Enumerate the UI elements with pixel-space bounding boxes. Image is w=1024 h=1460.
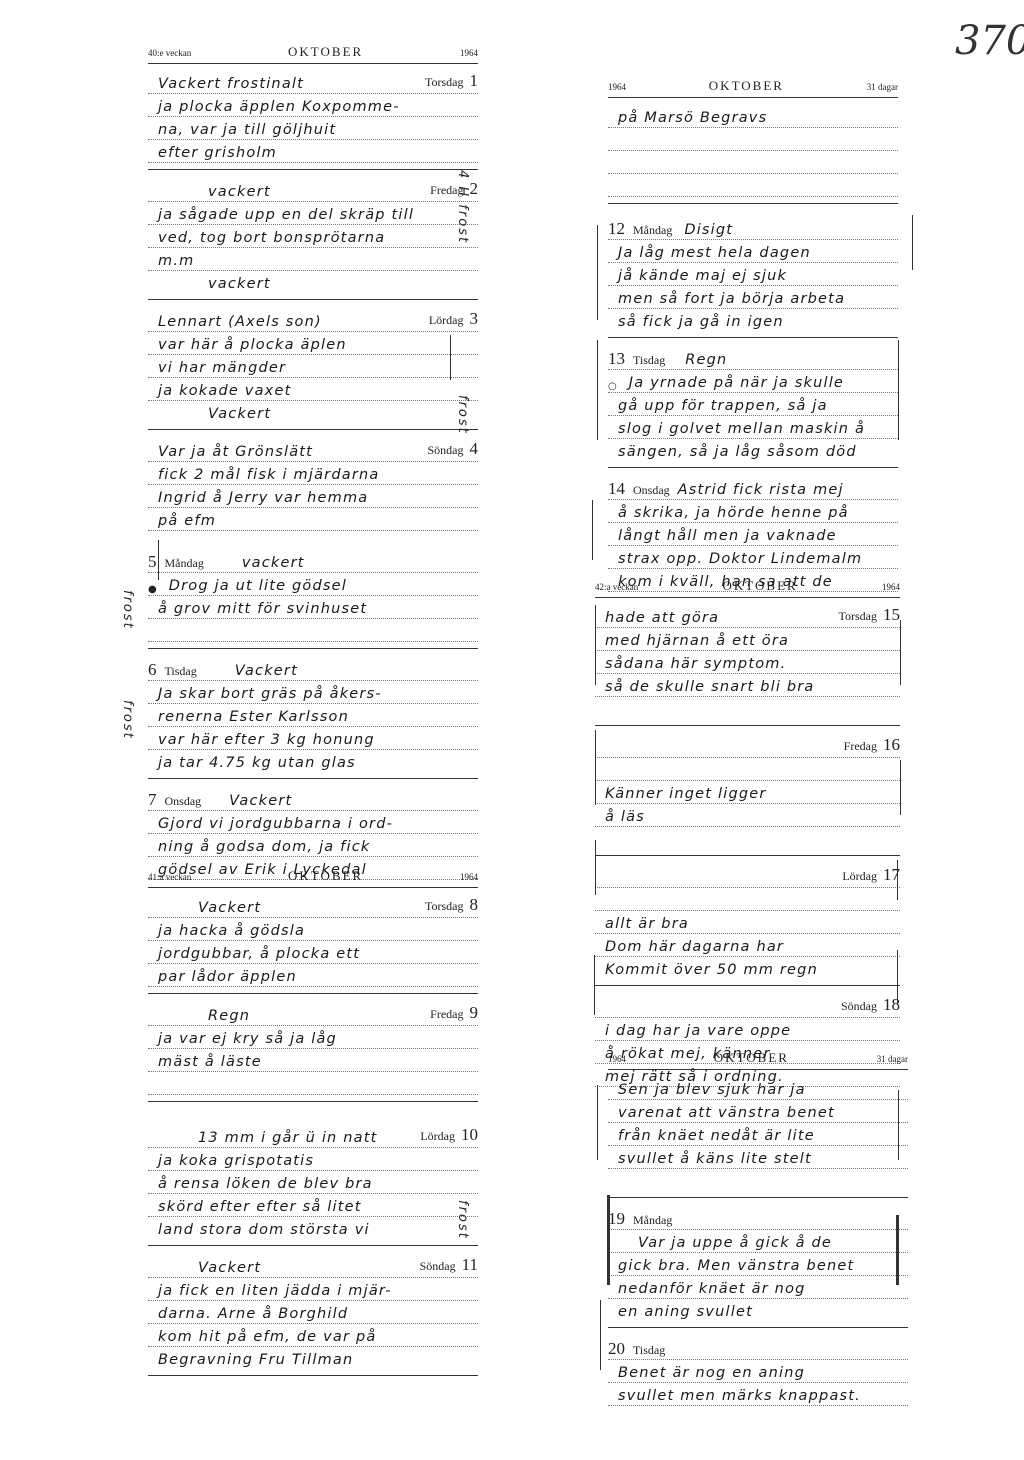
entry-line: ning å godsa dom, ja fick [148,839,371,856]
margin-note-frost: frost [455,395,470,435]
continued-entry: Sen ja blev sjuk har ja varenat att väns… [608,1074,908,1198]
entry-line: Dom här dagarna har [595,939,784,956]
entry-line: Benet är nog en aning [608,1365,805,1382]
entry-line: 13 mm i går ü in natt [148,1130,378,1147]
entry-line: svullet å käns lite stelt [608,1151,812,1168]
entry-line: Var ja uppe å gick å de [608,1235,832,1252]
entry-line: nedanför knäet är nog [608,1281,806,1298]
day-entry-tue-6: 6TisdagVackert Ja skar bort gräs på åker… [148,655,478,779]
entry-line: Astrid fick rista mej [678,482,844,499]
entry-line: Ja yrnade på när ja skulle [619,375,844,392]
margin-bracket [450,335,451,380]
entry-line: land stora dom största vi [148,1222,370,1239]
left-week41: 41:a veckan OKTOBER 1964 Vackert Torsdag… [148,868,478,1382]
entry-line [608,172,618,173]
entry-line: var här efter 3 kg honung [148,732,375,749]
week-label: 42:a veckan [595,582,638,592]
entry-line: Lennart (Axels son) [148,314,322,331]
entry-line: på Marsö Begravs [608,110,767,127]
day-entry-sat-3: Lennart (Axels son) Lördag3 var här å pl… [148,306,478,430]
right-week42: 42:a veckan OKTOBER 1964 hade att göra T… [595,578,900,1099]
day-label: 7Onsdag [148,790,201,810]
week-label: 40:e veckan [148,48,191,58]
weather-note: Disigt [680,222,733,239]
entry-line: Vackert frostinalt [148,76,304,93]
entry-line: Sen ja blev sjuk har ja [608,1082,806,1099]
year-label: 1964 [460,48,478,58]
day-entry-mon-5: 5Måndagvackert ●Drog ja ut lite gödsel å… [148,547,478,649]
entry-line: ja koka grispotatis [148,1153,314,1170]
entry-line: så fick ja gå in igen [608,314,784,331]
margin-bracket [595,840,596,895]
day-label: 6Tisdag [148,660,197,680]
year-label: 1964 [608,1054,626,1064]
day-label: Torsdag1 [421,71,478,91]
day-entry-tue-20: 20Tisdag Benet är nog en aning svullet m… [608,1334,908,1412]
entry-line: Ja låg mest hela dagen [608,245,811,262]
weather-note: vackert [148,276,271,293]
week-header: 40:e veckan OKTOBER 1964 [148,44,478,64]
entry-line: från knäet nedåt är lite [608,1128,815,1145]
entry-line: Känner inget ligger [595,786,767,803]
entry-line: efter grisholm [148,145,277,162]
entry-line [608,149,618,150]
weather-note: Vackert [148,900,261,917]
entry-line: ved, tog bort bonsprötarna [148,230,385,247]
weather-note: vackert [212,555,305,572]
margin-bracket [594,955,595,1015]
margin-bracket [607,1195,610,1285]
margin-note-frost: 4 H frost [455,170,470,244]
margin-bracket [592,500,593,560]
entry-line: kom hit på efm, de var på [148,1329,376,1346]
entry-line: var här å plocka äplen [148,337,347,354]
entry-line: sådana här symptom. [595,656,786,673]
day-label: Söndag11 [416,1255,478,1275]
day-entry-thu-1: Vackert frostinalt Torsdag1 ja plocka äp… [148,68,478,170]
day-label: 19Måndag [608,1209,672,1229]
page-number: 370. [955,18,1024,64]
day-entry-tue-13: 13TisdagRegn ○Ja yrnade på när ja skulle… [608,344,898,468]
day-label: Fredag2 [426,179,478,199]
margin-bracket [600,1300,601,1370]
entry-line: med hjärnan å ett öra [595,633,789,650]
entry-line: Ingrid å Jerry var hemma [148,490,368,507]
entry-line: ja sågade upp en del skräp till [148,207,414,224]
entry-line: jå kände maj ej sjuk [608,268,787,285]
margin-note-frost: frost [455,1200,470,1240]
entry-line: å rensa löken de blev bra [148,1176,373,1193]
week-header: 41:a veckan OKTOBER 1964 [148,868,478,888]
margin-bracket [597,340,598,440]
week-header: 1964 OKTOBER 31 dagar [608,78,898,98]
entry-line: en aning svullet [608,1304,753,1321]
margin-bracket [158,540,159,580]
week-label: 41:a veckan [148,872,191,882]
day-entry-fri-9: Regn Fredag9 ja var ej kry så ja låg mäs… [148,1000,478,1102]
day-label: Fredag16 [840,735,900,755]
margin-bracket [597,225,598,320]
month-label: OKTOBER [723,578,798,594]
entry-line: sängen, så ja låg såsom död [608,444,857,461]
weather-note: Vackert [205,663,298,680]
day-label: Söndag4 [424,439,479,459]
day-label: Lördag10 [416,1125,478,1145]
entry-line: renerna Ester Karlsson [148,709,349,726]
days-count: 31 dagar [867,82,898,92]
week-header: 1964 OKTOBER 31 dagar [608,1050,908,1070]
margin-bracket [898,1090,899,1160]
entry-line: m.m [148,253,194,270]
entry-line: ja tar 4.75 kg utan glas [148,755,356,772]
entry-line: på efm [148,513,216,530]
entry-line: ja plocka äpplen Koxpomme- [148,99,400,116]
right-week43: 1964 OKTOBER 31 dagar Sen ja blev sjuk h… [608,1050,908,1418]
day-entry-mon-19: 19Måndag Var ja uppe å gick å de gick br… [608,1204,908,1328]
month-label: OKTOBER [714,1050,789,1066]
margin-bracket [896,1215,899,1285]
day-label: Fredag9 [426,1003,478,1023]
day-label: 14Onsdag [608,479,670,499]
entry-line: skörd efter efter så litet [148,1199,362,1216]
day-label: Söndag18 [837,995,900,1015]
entry-line: Ja skar bort gräs på åkers- [148,686,382,703]
weather-note: Vackert [148,406,271,423]
entry-line: men så fort ja börja arbeta [608,291,845,308]
entry-line: i dag har ja vare oppe [595,1023,791,1040]
entry-line: gå upp för trappen, så ja [608,398,828,415]
entry-line: varenat att vänstra benet [608,1105,835,1122]
margin-note-frost: frost [120,700,135,740]
entry-line [595,756,605,757]
entry-line: Var ja åt Grönslätt [148,444,313,461]
entry-line: långt håll men ja vaknade [608,528,837,545]
new-moon-icon: ● [148,584,157,595]
day-label: 5Måndag [148,552,204,572]
day-entry-sun-11: Vackert Söndag11 ja fick en liten jädda … [148,1252,478,1376]
entry-line: strax opp. Doktor Lindemalm [608,551,862,568]
day-entry-thu-8: Vackert Torsdag8 ja hacka å gödsla jordg… [148,892,478,994]
margin-bracket [897,950,898,1005]
day-label: Lördag17 [838,865,900,885]
continued-entry: på Marsö Begravs [608,102,898,204]
entry-line: ja hacka å gödsla [148,923,305,940]
day-entry-fri-2: vackert Fredag2 ja sågade upp en del skr… [148,176,478,300]
day-entry-sun-4: Var ja åt Grönslätt Söndag4 fick 2 mål f… [148,436,478,537]
entry-line: å läs [595,809,645,826]
days-count: 31 dagar [877,1054,908,1064]
weather-note: vackert [148,184,271,201]
day-label: 20Tisdag [608,1339,665,1359]
margin-bracket [912,215,913,270]
day-label: Torsdag15 [835,605,900,625]
weather-note: Vackert [209,793,292,810]
weather-note: Regn [673,352,727,369]
entry-line: gick bra. Men vänstra benet [608,1258,854,1275]
entry-line: ja var ej kry så ja låg [148,1031,337,1048]
day-entry-thu-15: hade att göra Torsdag15 med hjärnan å et… [595,602,900,726]
margin-bracket [898,340,899,440]
entry-line [148,1093,158,1094]
day-label: Torsdag8 [421,895,478,915]
entry-line [595,909,605,910]
month-label: OKTOBER [288,44,363,60]
weather-note: Vackert [148,1260,261,1277]
entry-line: Kommit över 50 mm regn [595,962,818,979]
day-entry-mon-12: 12MåndagDisigt Ja låg mest hela dagen jå… [608,214,898,338]
entry-line: par lådor äpplen [148,969,297,986]
entry-line: mäst å läste [148,1054,262,1071]
day-label: 12Måndag [608,219,672,239]
entry-line: slog i golvet mellan maskin å [608,421,865,438]
entry-line [595,779,605,780]
margin-bracket [897,860,898,900]
entry-line [595,886,605,887]
margin-note-frost: frost [120,590,135,630]
week-header: 42:a veckan OKTOBER 1964 [595,578,900,598]
entry-line: allt är bra [595,916,689,933]
entry-line: vi har mängder [148,360,286,377]
first-quarter-moon-icon: ○ [608,381,617,392]
day-entry-sat-10: 13 mm i går ü in natt Lördag10 ja koka g… [148,1122,478,1246]
margin-bracket [595,605,596,685]
entry-line [595,1016,605,1017]
entry-line: å grov mitt för svinhuset [148,601,367,618]
entry-line: Begravning Fru Tillman [148,1352,353,1369]
year-label: 1964 [882,582,900,592]
day-label: 13Tisdag [608,349,665,369]
entry-line: å skrika, ja hörde henne på [608,505,849,522]
entry-line: ja fick en liten jädda i mjär- [148,1283,392,1300]
weather-note: Regn [148,1008,250,1025]
entry-line: svullet men märks knappast. [608,1388,861,1405]
year-label: 1964 [608,82,626,92]
entry-line: jordgubbar, å plocka ett [148,946,360,963]
entry-line: na, var ja till göljhuit [148,122,336,139]
entry-line: hade att göra [595,610,719,627]
entry-line: ja kokade vaxet [148,383,291,400]
day-entry-sat-17: Lördag17 allt är bra Dom här dagarna har… [595,862,900,986]
month-label: OKTOBER [288,868,363,884]
entry-line [608,195,618,196]
entry-line: så de skulle snart bli bra [595,679,815,696]
year-label: 1964 [460,872,478,882]
left-week40: 40:e veckan OKTOBER 1964 Vackert frostin… [148,44,478,892]
margin-bracket [900,760,901,815]
margin-bracket [900,620,901,685]
entry-line: Gjord vi jordgubbarna i ord- [148,816,393,833]
margin-bracket [595,730,596,805]
right-continuation: 1964 OKTOBER 31 dagar på Marsö Begravs 1… [608,78,898,604]
entry-line: fick 2 mål fisk i mjärdarna [148,467,379,484]
entry-line: darna. Arne å Borghild [148,1306,348,1323]
day-label: Lördag3 [425,309,478,329]
entry-line: Drog ja ut lite gödsel [159,578,347,595]
day-entry-fri-16: Fredag16 Känner inget ligger å läs [595,732,900,856]
entry-line [148,640,158,641]
month-label: OKTOBER [709,78,784,94]
margin-bracket [597,1085,598,1160]
